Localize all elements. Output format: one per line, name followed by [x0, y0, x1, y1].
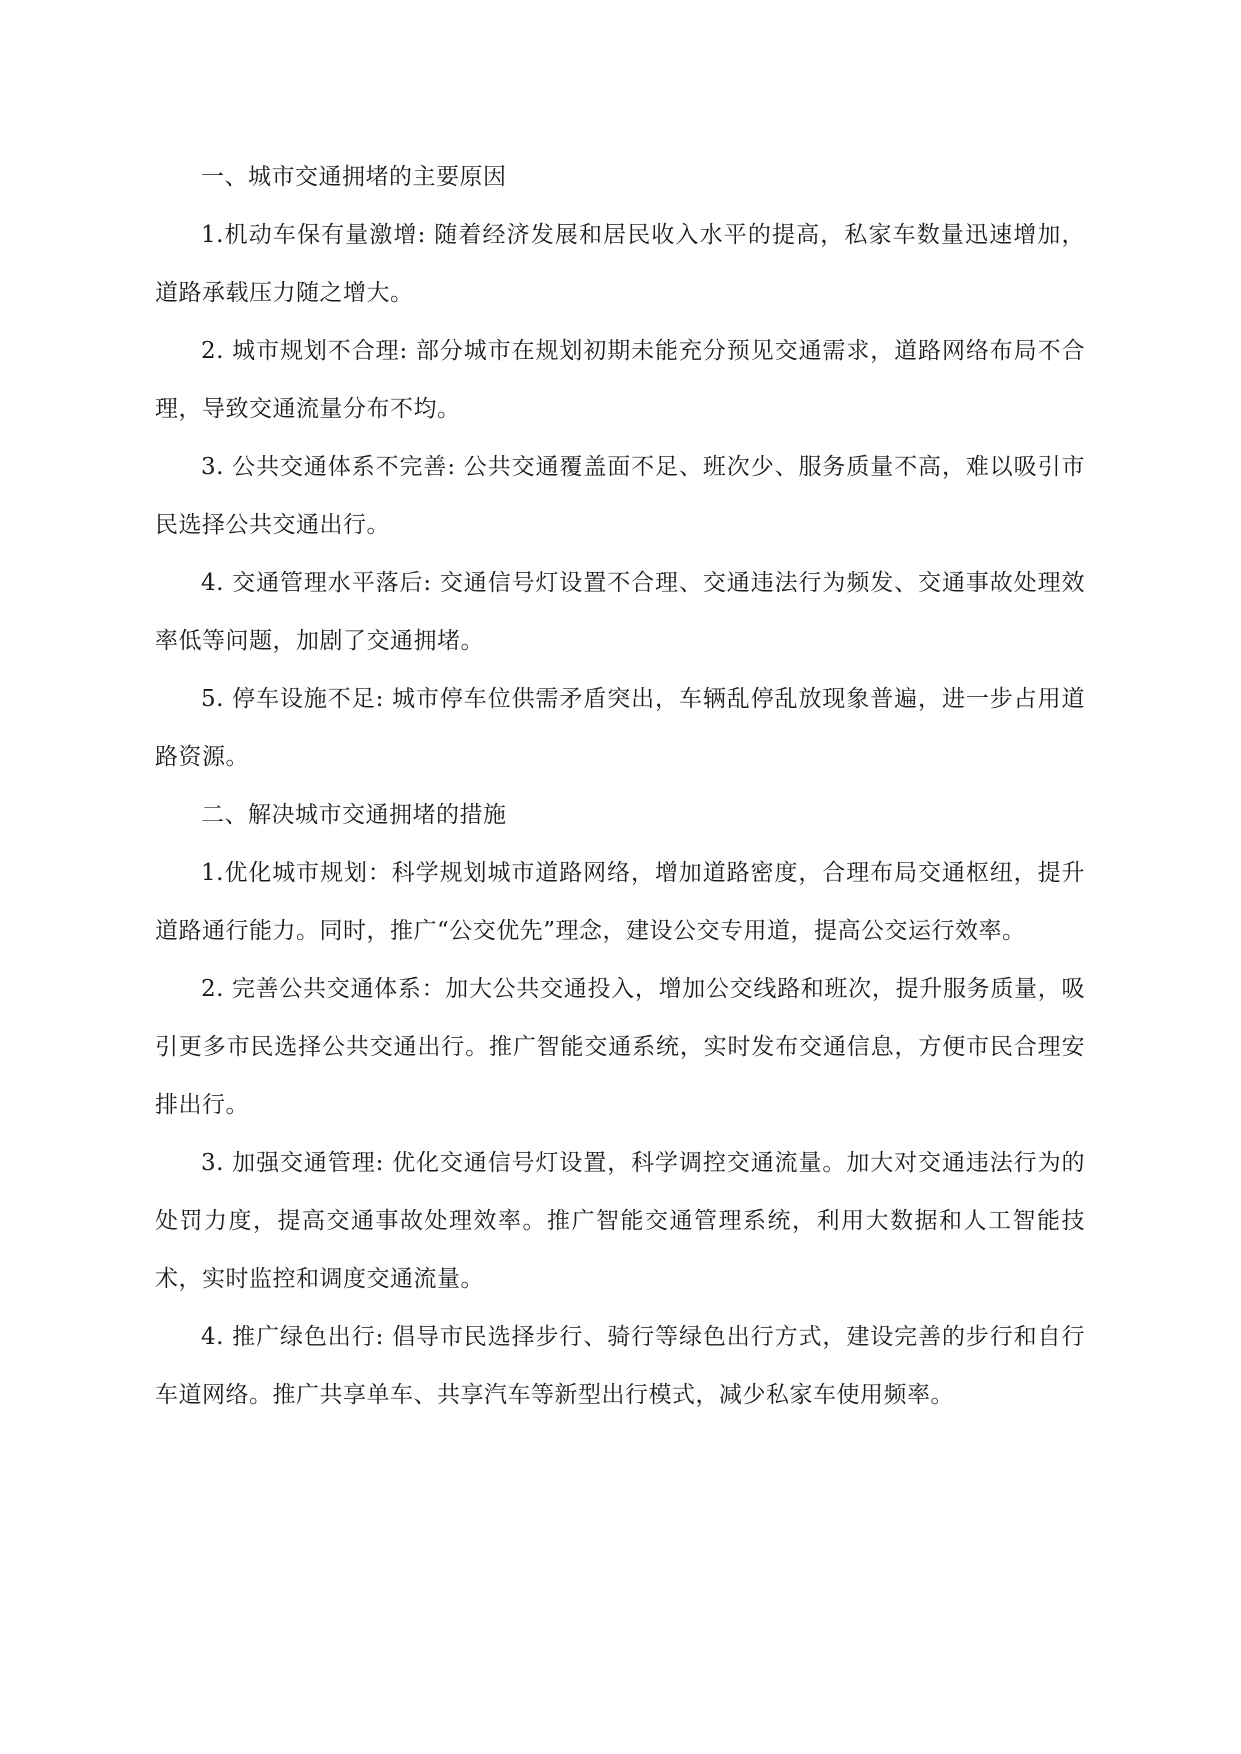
- cause-paragraph-1: 1.机动车保有量激增: 随着经济发展和居民收入水平的提高，私家车数量迅速增加，道…: [155, 206, 1085, 322]
- cause-paragraph-4: 4. 交通管理水平落后: 交通信号灯设置不合理、交通违法行为频发、交通事故处理效…: [155, 554, 1085, 670]
- measure-paragraph-4: 4. 推广绿色出行: 倡导市民选择步行、骑行等绿色出行方式，建设完善的步行和自行…: [155, 1308, 1085, 1424]
- measure-paragraph-2: 2. 完善公共交通体系：加大公共交通投入，增加公交线路和班次，提升服务质量，吸引…: [155, 960, 1085, 1134]
- section-heading-causes: 一、城市交通拥堵的主要原因: [155, 148, 1085, 206]
- measure-paragraph-3: 3. 加强交通管理: 优化交通信号灯设置，科学调控交通流量。加大对交通违法行为的…: [155, 1134, 1085, 1308]
- measure-paragraph-1: 1.优化城市规划：科学规划城市道路网络，增加道路密度，合理布局交通枢纽，提升道路…: [155, 844, 1085, 960]
- section-heading-measures: 二、解决城市交通拥堵的措施: [155, 786, 1085, 844]
- cause-paragraph-2: 2. 城市规划不合理: 部分城市在规划初期未能充分预见交通需求，道路网络布局不合…: [155, 322, 1085, 438]
- document-page: 一、城市交通拥堵的主要原因 1.机动车保有量激增: 随着经济发展和居民收入水平的…: [155, 148, 1085, 1424]
- cause-paragraph-5: 5. 停车设施不足: 城市停车位供需矛盾突出，车辆乱停乱放现象普遍，进一步占用道…: [155, 670, 1085, 786]
- cause-paragraph-3: 3. 公共交通体系不完善: 公共交通覆盖面不足、班次少、服务质量不高，难以吸引市…: [155, 438, 1085, 554]
